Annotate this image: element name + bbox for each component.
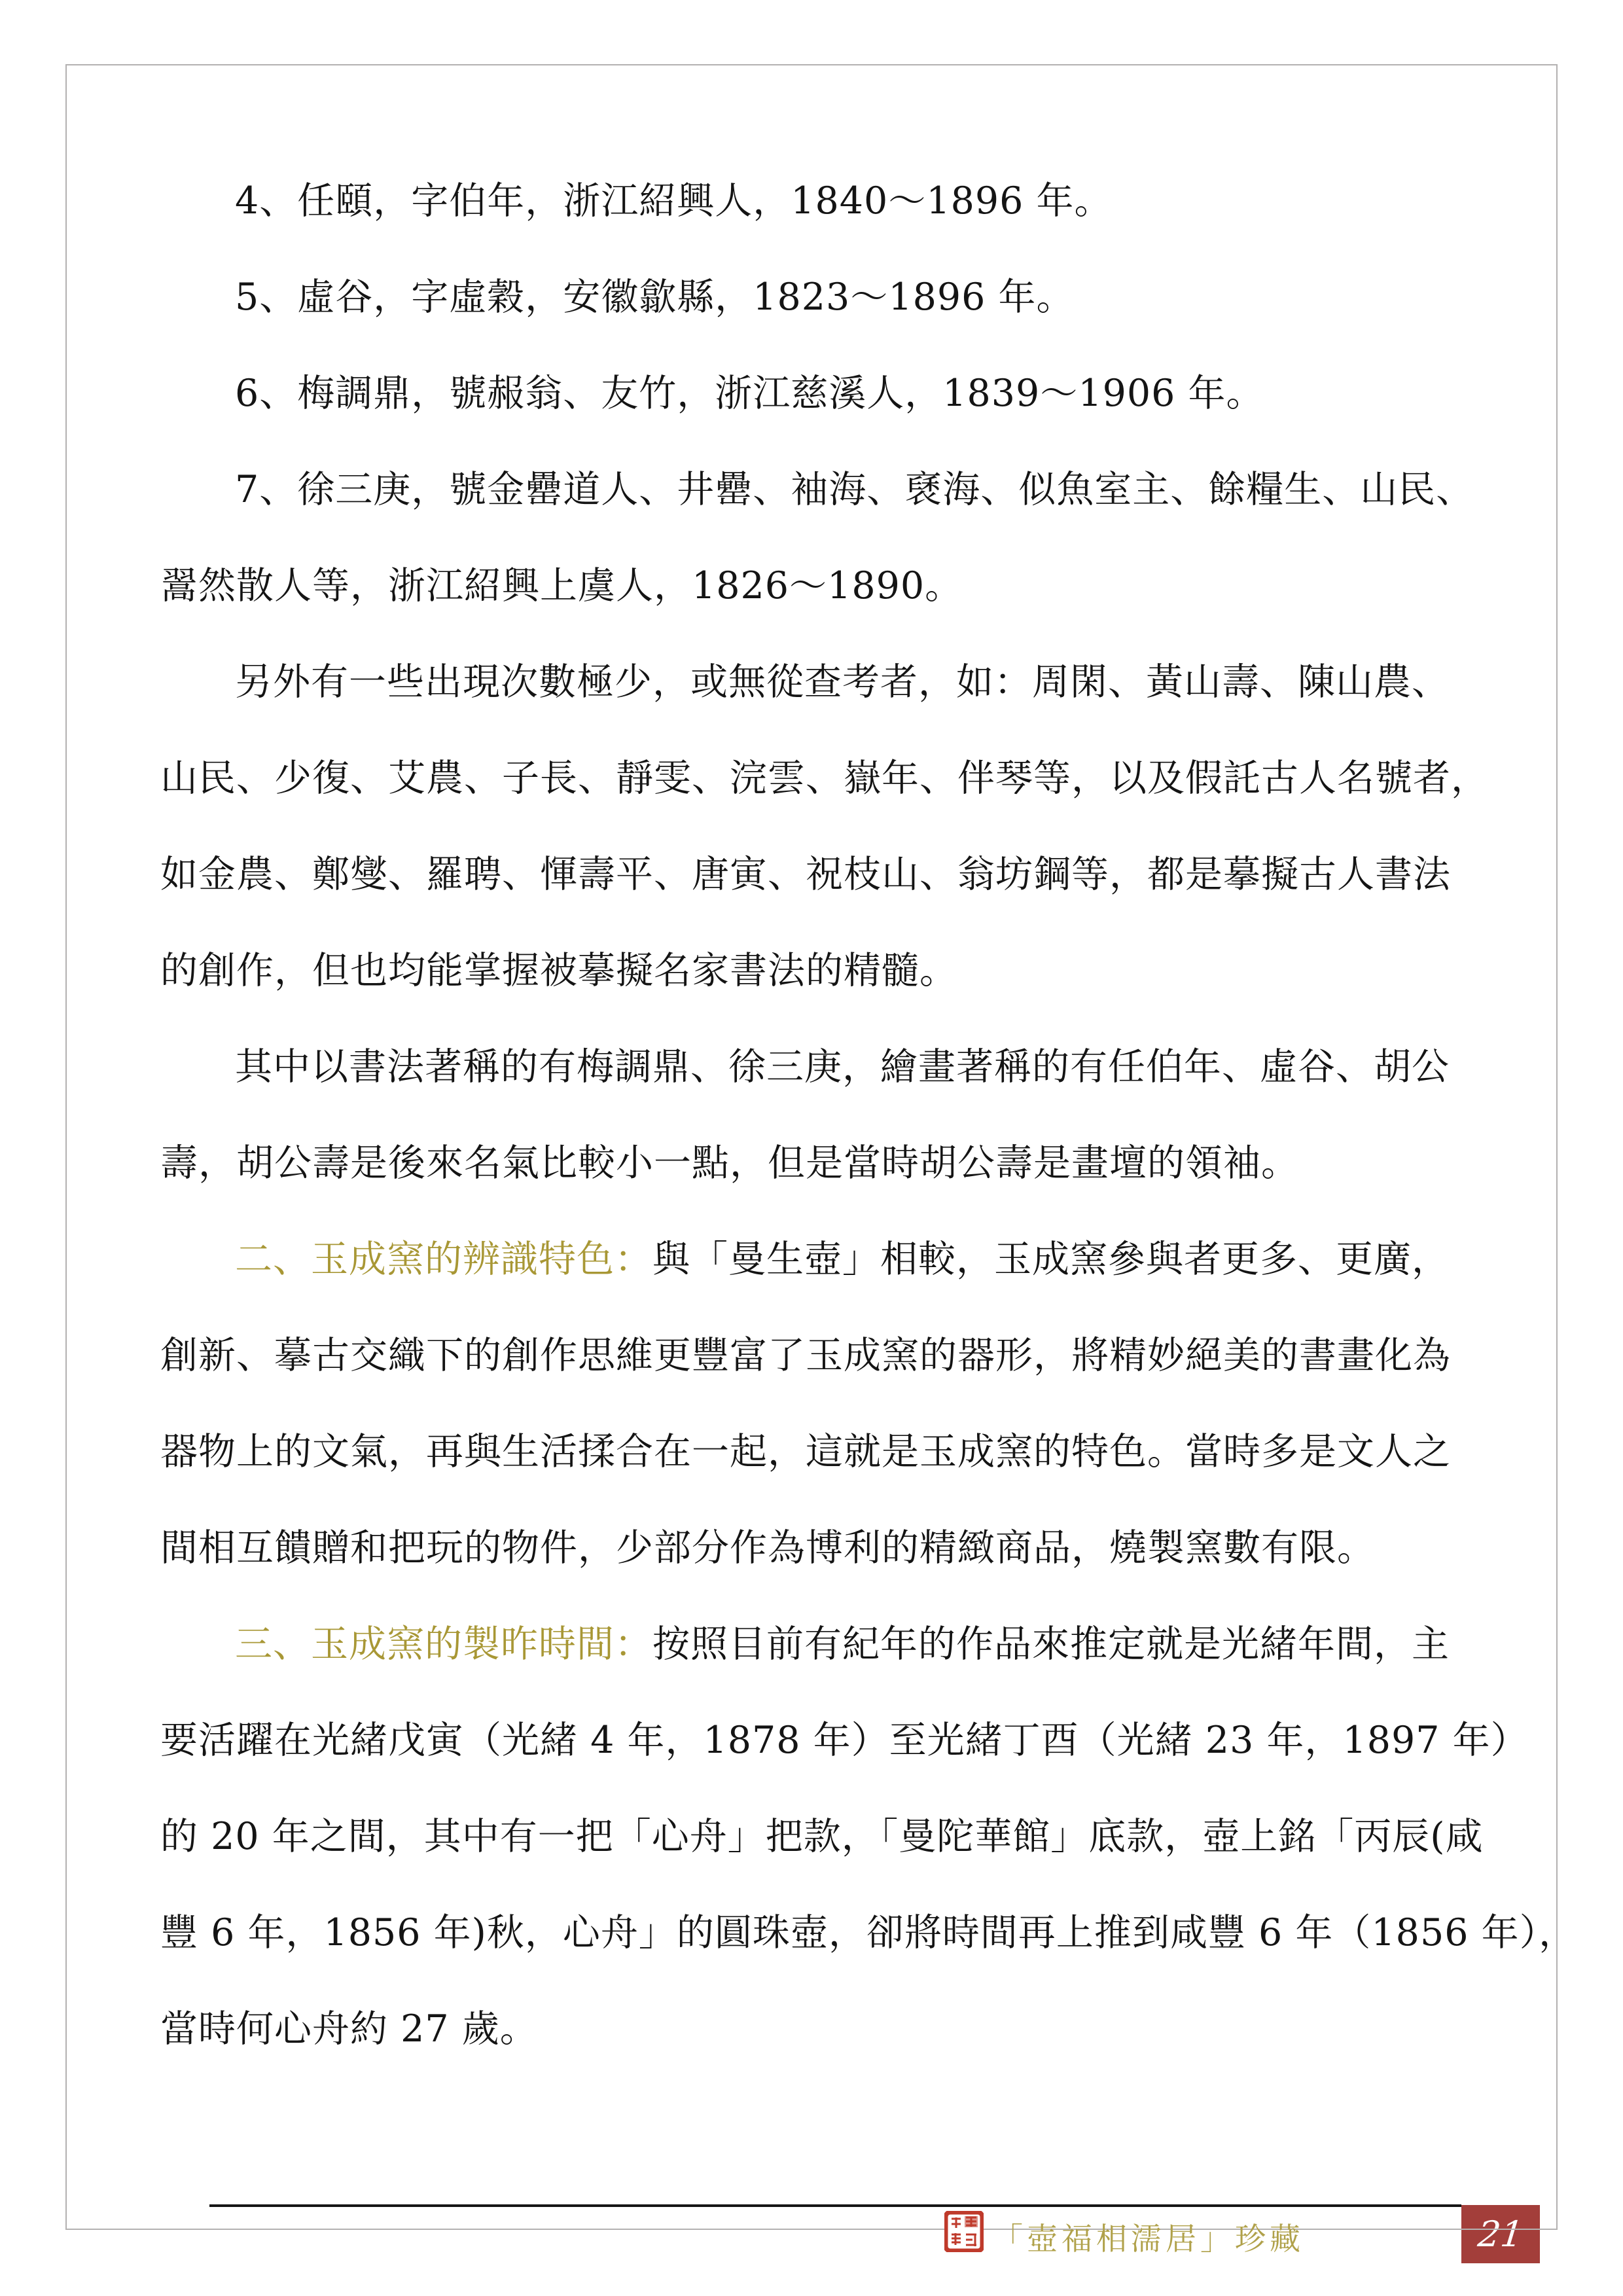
- text-run: 4、任頤，字伯年，浙江紹興人，1840～1896 年。: [235, 179, 1113, 223]
- text-line: 要活躍在光緒戊寅（光緒 4 年，1878 年）至光緒丁酉（光緒 23 年，189…: [160, 1711, 1469, 1770]
- text-line: 三、玉成窯的製昨時間：按照目前有紀年的作品來推定就是光緒年間，主: [160, 1615, 1544, 1674]
- text-run: 的 20 年之間，其中有一把「心舟」把款，「曼陀華館」底款，壺上銘「丙辰(咸: [160, 1815, 1484, 1858]
- text-run: 其中以書法著稱的有梅調鼎、徐三庚，繪畫著稱的有任伯年、虛谷、胡公: [235, 1045, 1450, 1088]
- text-run: 翯然散人等，浙江紹興上虞人，1826～1890。: [160, 564, 963, 607]
- text-run: 當時何心舟約 27 歲。: [160, 2007, 538, 2051]
- text-run: 器物上的文氣，再與生活揉合在一起，這就是玉成窯的特色。當時多是文人之: [160, 1430, 1451, 1473]
- text-line: 器物上的文氣，再與生活揉合在一起，這就是玉成窯的特色。當時多是文人之: [160, 1422, 1469, 1481]
- text-run: 7、徐三庚，號金罍道人、井罍、袖海、褎海、似魚室主、餘糧生、山民、: [235, 468, 1474, 511]
- footer-divider: [209, 2204, 1461, 2207]
- document-page: { "page": { "number": "21" }, "footer": …: [0, 0, 1623, 2296]
- text-line: 創新、摹古交織下的創作思維更豐富了玉成窯的器形，將精妙絕美的書畫化為: [160, 1326, 1469, 1385]
- text-line: 其中以書法著稱的有梅調鼎、徐三庚，繪畫著稱的有任伯年、虛谷、胡公: [160, 1037, 1544, 1096]
- text-run: 按照目前有紀年的作品來推定就是光緒年間，主: [652, 1623, 1450, 1666]
- text-run: 另外有一些出現次數極少，或無從查考者，如：周閑、黃山壽、陳山農、: [235, 660, 1450, 704]
- text-line: 當時何心舟約 27 歲。: [160, 2000, 1469, 2058]
- text-line: 二、玉成窯的辨識特色：與「曼生壺」相較，玉成窯參與者更多、更廣，: [160, 1230, 1544, 1289]
- text-run: 6、梅調鼎，號赧翁、友竹，浙江慈溪人，1839～1906 年。: [235, 372, 1264, 415]
- text-run: 豐 6 年，1856 年)秋，心舟」的圓珠壺，卻將時間再上推到咸豐 6 年（18…: [160, 1911, 1577, 1954]
- text-line: 壽，胡公壽是後來名氣比較小一點，但是當時胡公壽是畫壇的領袖。: [160, 1134, 1469, 1193]
- section-heading: 三、玉成窯的製昨時間：: [235, 1623, 652, 1666]
- text-line: 翯然散人等，浙江紹興上虞人，1826～1890。: [160, 556, 1469, 615]
- text-run: 壽，胡公壽是後來名氣比較小一點，但是當時胡公壽是畫壇的領袖。: [160, 1141, 1299, 1185]
- text-line: 豐 6 年，1856 年)秋，心舟」的圓珠壺，卻將時間再上推到咸豐 6 年（18…: [160, 1903, 1469, 1962]
- text-line: 的 20 年之間，其中有一把「心舟」把款，「曼陀華館」底款，壺上銘「丙辰(咸: [160, 1807, 1469, 1866]
- text-run: 5、虛谷，字虛穀，安徽歙縣，1823～1896 年。: [235, 276, 1075, 319]
- text-run: 的創作，但也均能掌握被摹擬名家書法的精髓。: [160, 949, 957, 992]
- page-number: 21: [1458, 2205, 1543, 2263]
- text-line: 4、任頤，字伯年，浙江紹興人，1840～1896 年。: [160, 171, 1544, 230]
- page-number-box: 21: [1461, 2205, 1540, 2263]
- text-run: 間相互饋贈和把玩的物件，少部分作為博利的精緻商品，燒製窯數有限。: [160, 1526, 1375, 1570]
- section-heading: 二、玉成窯的辨識特色：: [235, 1238, 652, 1281]
- text-line: 山民、少復、艾農、子長、靜雯、浣雲、嶽年、伴琴等，以及假託古人名號者，: [160, 749, 1469, 808]
- text-run: 山民、少復、艾農、子長、靜雯、浣雲、嶽年、伴琴等，以及假託古人名號者，: [160, 757, 1489, 800]
- text-line: 另外有一些出現次數極少，或無從查考者，如：周閑、黃山壽、陳山農、: [160, 653, 1544, 711]
- text-run: 如金農、鄭燮、羅聘、惲壽平、唐寅、祝枝山、翁坊鋼等，都是摹擬古人書法: [160, 853, 1451, 896]
- text-line: 5、虛谷，字虛穀，安徽歙縣，1823～1896 年。: [160, 268, 1544, 327]
- text-line: 間相互饋贈和把玩的物件，少部分作為博利的精緻商品，燒製窯數有限。: [160, 1518, 1469, 1577]
- collection-label: 「壺福相濡居」珍藏: [992, 2215, 1304, 2259]
- text-run: 創新、摹古交織下的創作思維更豐富了玉成窯的器形，將精妙絕美的書畫化為: [160, 1334, 1451, 1377]
- text-line: 的創作，但也均能掌握被摹擬名家書法的精髓。: [160, 941, 1469, 1000]
- text-line: 6、梅調鼎，號赧翁、友竹，浙江慈溪人，1839～1906 年。: [160, 364, 1544, 423]
- text-run: 與「曼生壺」相較，玉成窯參與者更多、更廣，: [652, 1238, 1450, 1281]
- collection-seal-icon: [944, 2211, 984, 2252]
- text-line: 如金農、鄭燮、羅聘、惲壽平、唐寅、祝枝山、翁坊鋼等，都是摹擬古人書法: [160, 845, 1469, 904]
- text-line: 7、徐三庚，號金罍道人、井罍、袖海、褎海、似魚室主、餘糧生、山民、: [160, 460, 1544, 519]
- text-run: 要活躍在光緒戊寅（光緒 4 年，1878 年）至光緒丁酉（光緒 23 年，189…: [160, 1719, 1529, 1762]
